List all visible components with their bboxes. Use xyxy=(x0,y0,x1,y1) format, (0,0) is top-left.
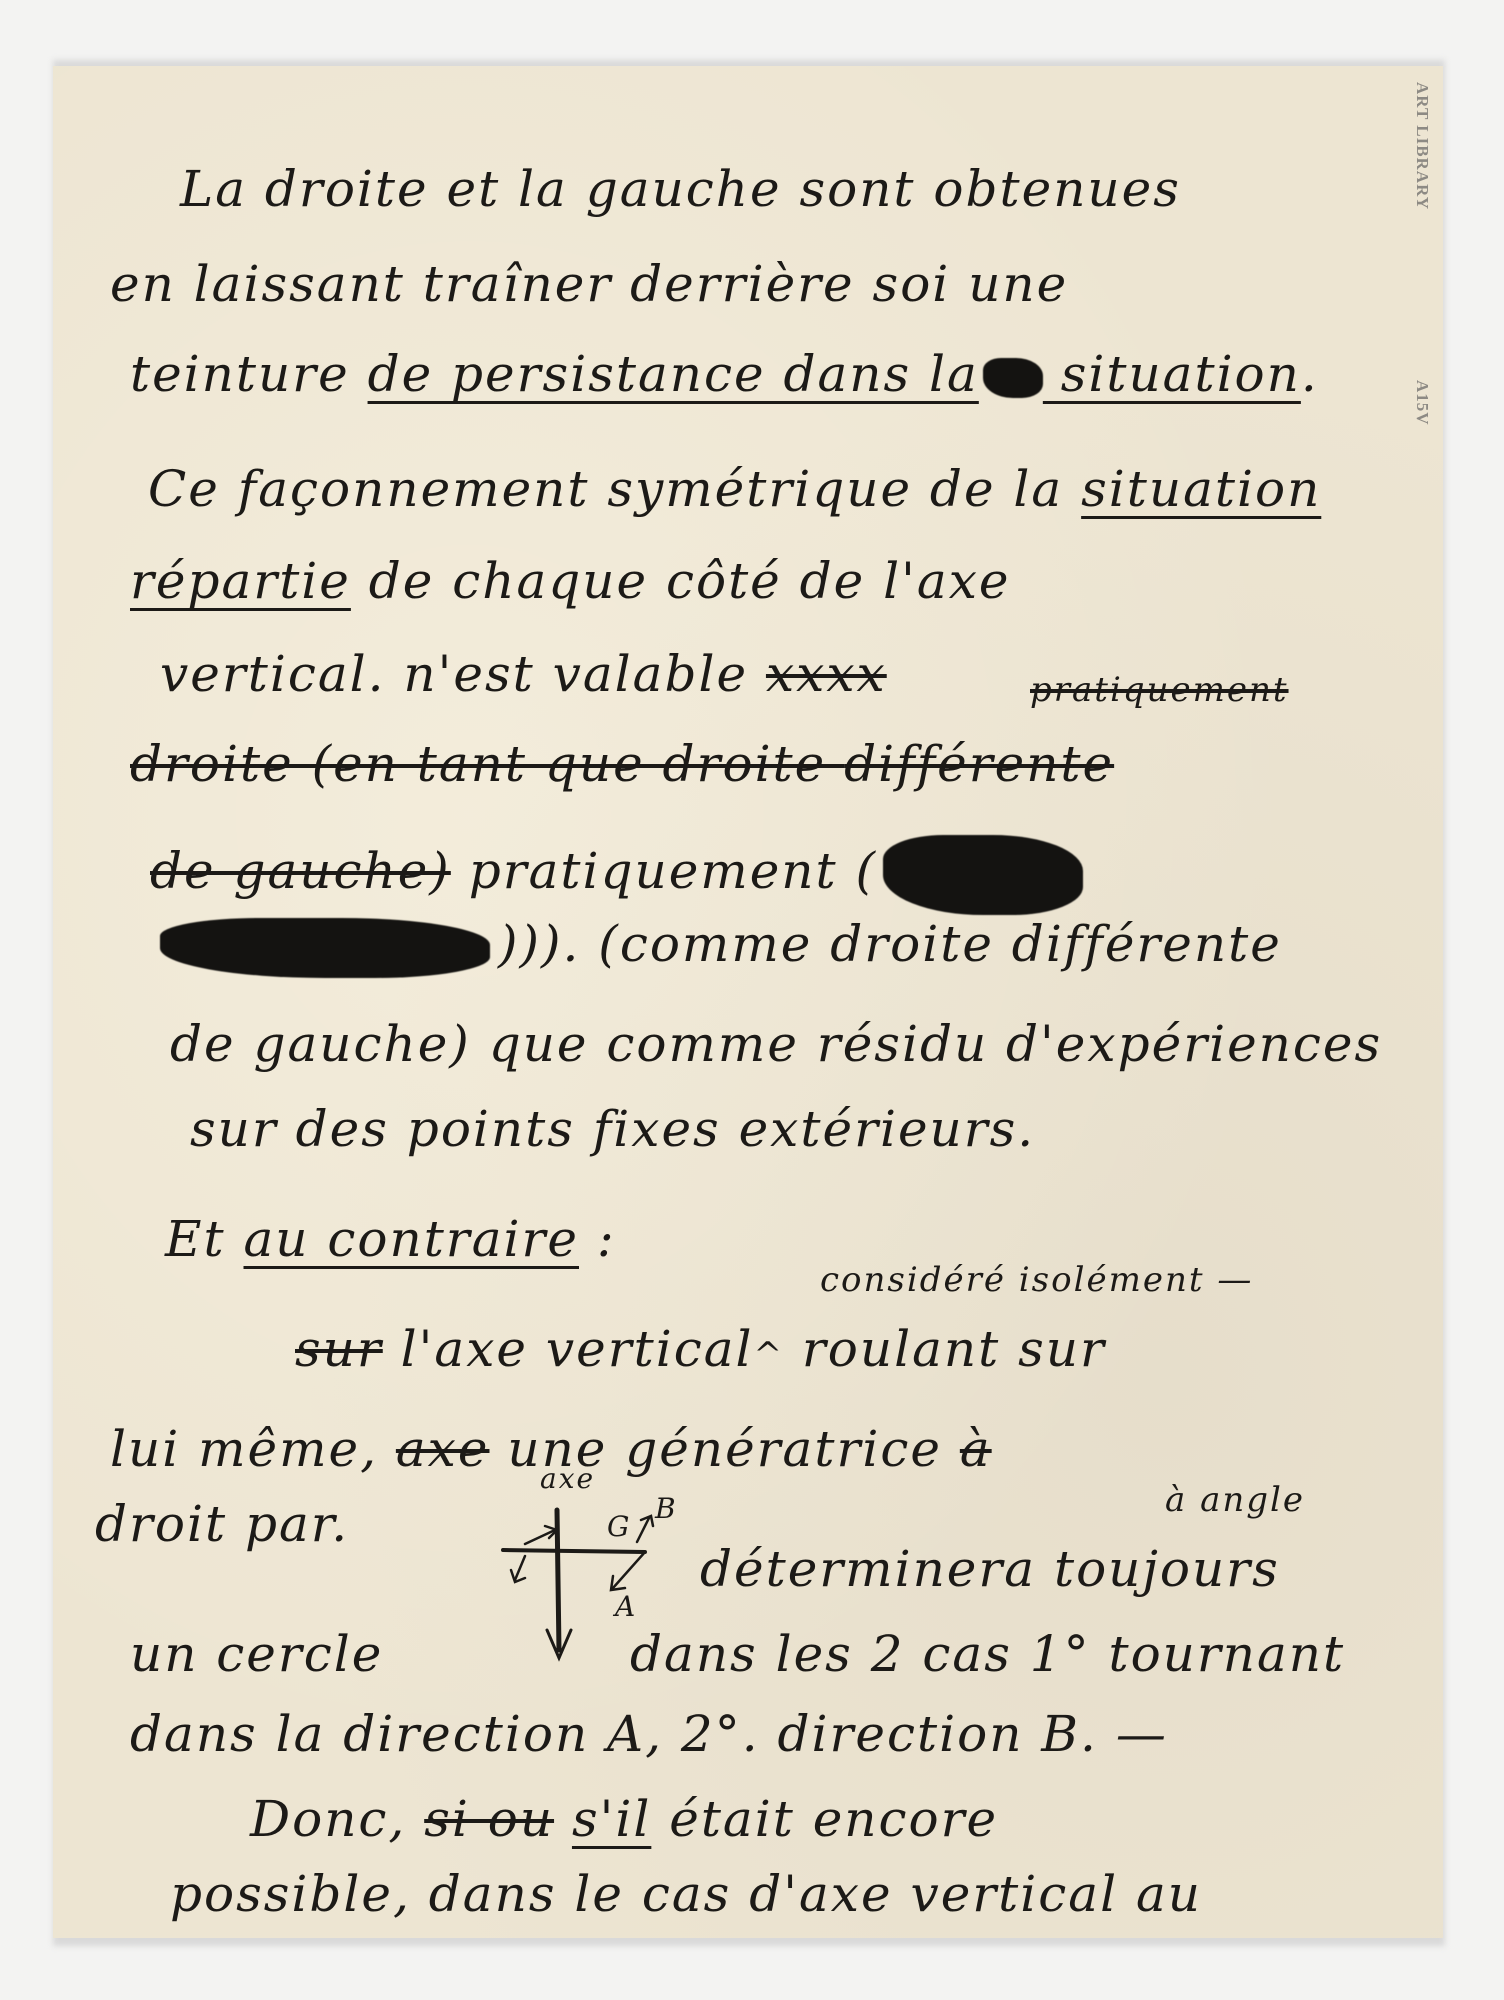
line-text: en laissant traîner derrière soi une xyxy=(110,255,1068,313)
struck-word: pratiquement xyxy=(1030,670,1289,710)
text-line-9: ))). (comme droite différente xyxy=(160,915,1282,978)
line-text: un cercle xyxy=(130,1625,383,1683)
line-text: teinture xyxy=(130,345,368,403)
text-line-19: Donc, si ou s'il était encore xyxy=(250,1790,998,1848)
struck-word: sur xyxy=(295,1320,383,1378)
struck-word: si ou xyxy=(424,1790,554,1848)
underlined-word: situation xyxy=(1081,460,1321,518)
caret-mark: ^ xyxy=(754,1335,785,1375)
text-line-10: de gauche) que comme résidu d'expérience… xyxy=(170,1015,1382,1073)
struck-word: xxxx xyxy=(766,645,887,703)
line-text: dans la direction A, 2°. direction B. — xyxy=(130,1705,1168,1763)
struck-word: différente xyxy=(844,735,1114,793)
ink-blot xyxy=(983,358,1043,398)
struck-phrase: droite (en tant que droite xyxy=(130,735,844,793)
text-line-2: en laissant traîner derrière soi une xyxy=(110,255,1068,313)
underlined-phrase: de persistance dans la xyxy=(368,345,979,403)
diagram-label-b: B xyxy=(655,1492,678,1525)
text-line-4: Ce façonnement symétrique de la situatio… xyxy=(148,460,1321,518)
text-line-12: Et au contraire : xyxy=(165,1210,616,1268)
line-text: était encore xyxy=(651,1790,998,1848)
line-text: vertical. n'est valable xyxy=(160,645,766,703)
line-text: possible, dans le cas d'axe vertical au xyxy=(170,1865,1202,1923)
line-text: Ce façonnement symétrique de la xyxy=(148,460,1081,518)
line-text: droit par. xyxy=(95,1495,349,1553)
line-text: déterminera toujours xyxy=(700,1540,1280,1598)
line-text: roulant sur xyxy=(784,1320,1106,1378)
text-line-18: dans la direction A, 2°. direction B. — xyxy=(130,1705,1168,1763)
ink-blot xyxy=(160,918,490,978)
underlined-word: s'il xyxy=(572,1790,651,1848)
line-text: l'axe vertical xyxy=(383,1320,754,1378)
text-line-20: possible, dans le cas d'axe vertical au xyxy=(170,1865,1202,1923)
underlined-phrase: au contraire xyxy=(244,1210,580,1268)
line-text: dans les 2 cas 1° tournant xyxy=(630,1625,1345,1683)
line-text: ))). (comme droite différente xyxy=(498,915,1282,973)
text-line-8: de gauche) pratiquement ( xyxy=(150,835,1083,915)
struck-word: axe xyxy=(396,1420,490,1478)
axis-rotation-icon xyxy=(495,1480,675,1670)
text-line-3: teinture de persistance dans la situatio… xyxy=(130,345,1319,403)
text-line-6: vertical. n'est valable xxxx xyxy=(160,645,887,703)
underlined-word: répartie xyxy=(130,552,351,610)
space xyxy=(554,1790,572,1848)
ink-blot xyxy=(883,835,1083,915)
line-text: Donc, xyxy=(250,1790,424,1848)
text-line-16: déterminera toujours xyxy=(700,1540,1280,1598)
diagram-label-axe: axe xyxy=(540,1462,595,1495)
line-text: La droite et la gauche sont obtenues xyxy=(180,160,1181,218)
text-line-17b: dans les 2 cas 1° tournant xyxy=(630,1625,1345,1683)
text-line-13: sur l'axe vertical^ roulant sur xyxy=(295,1320,1106,1378)
diagram-label-a: A xyxy=(615,1590,637,1623)
text-line-1: La droite et la gauche sont obtenues xyxy=(180,160,1181,218)
insertion-a-angle: à angle xyxy=(1165,1480,1305,1520)
line-text: lui même, xyxy=(110,1420,396,1478)
text-line-5: répartie de chaque côté de l'axe xyxy=(130,552,1011,610)
insertion-considere-isolement: considéré isolément — xyxy=(820,1260,1253,1300)
text-line-17: un cercle xyxy=(130,1625,383,1683)
line-text: considéré isolément — xyxy=(820,1260,1253,1300)
line-text: sur des points fixes extérieurs. xyxy=(190,1100,1035,1158)
line-text: de gauche) que comme résidu d'expérience… xyxy=(170,1015,1382,1073)
colon: : xyxy=(579,1210,616,1268)
library-stamp: ART LIBRARY xyxy=(1412,82,1432,210)
struck-insertion: pratiquement xyxy=(1030,670,1289,710)
line-text: à angle xyxy=(1165,1480,1305,1520)
axis-diagram: axe G B A xyxy=(495,1480,675,1670)
period: . xyxy=(1301,345,1319,403)
diagram-label-g: G xyxy=(607,1510,631,1543)
line-text: pratiquement ( xyxy=(451,842,877,900)
struck-phrase: de gauche) xyxy=(150,842,451,900)
line-text: de chaque côté de l'axe xyxy=(351,552,1011,610)
underlined-word: situation xyxy=(1043,345,1301,403)
line-text: Et xyxy=(165,1210,244,1268)
struck-word: à xyxy=(960,1420,992,1478)
folio-code: A15V xyxy=(1412,380,1432,426)
text-line-15: droit par. xyxy=(95,1495,349,1553)
text-line-7: droite (en tant que droite différente xyxy=(130,735,1114,793)
text-line-11: sur des points fixes extérieurs. xyxy=(190,1100,1035,1158)
